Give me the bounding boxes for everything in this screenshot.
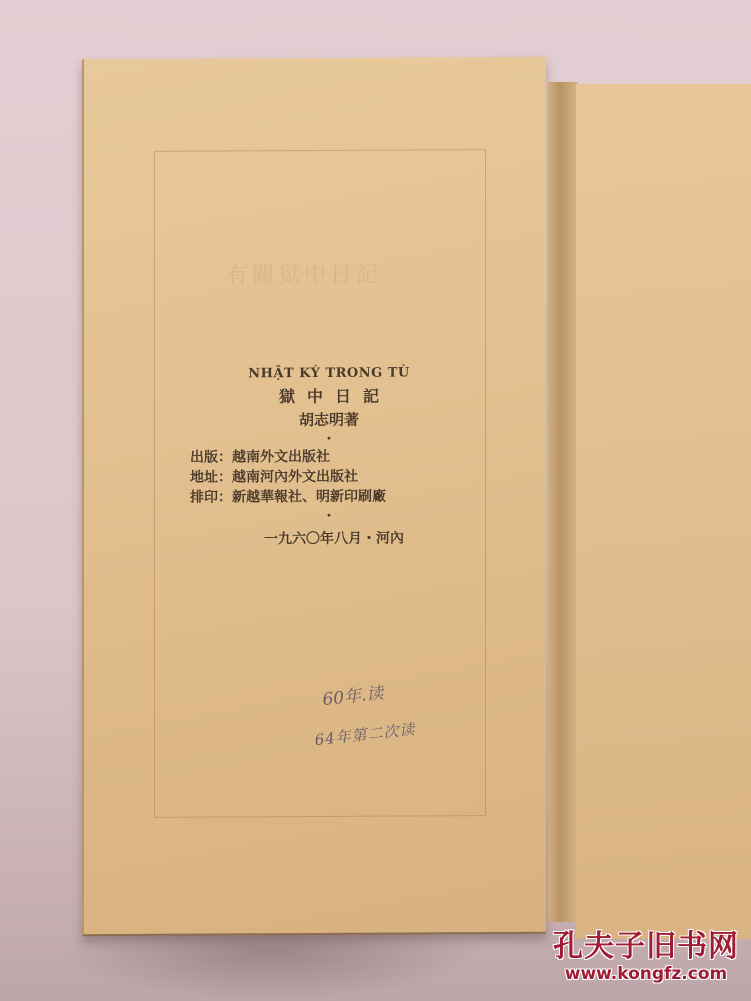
title-chinese: 獄中日記: [194, 383, 464, 407]
imprint-value: 越南外文出版社: [232, 449, 330, 466]
watermark-url: www.kongfz.com: [553, 964, 739, 984]
imprint-value: 新越華報社、明新印刷廠: [232, 489, 386, 506]
site-watermark: 孔夫子旧书网 www.kongfz.com: [553, 930, 739, 984]
imprint-row-address: 地址：越南河內外文出版社: [190, 466, 464, 487]
imprint-value: 越南河內外文出版社: [232, 469, 358, 486]
show-through-text: 有關獄中日記: [184, 257, 424, 289]
separator-dot: •: [194, 433, 464, 445]
table-shadow: [60, 930, 480, 1001]
separator-dot: •: [194, 510, 464, 522]
imprint-label: 地址：: [190, 467, 232, 487]
watermark-name: 孔夫子旧书网: [553, 930, 739, 964]
imprint-label: 出版：: [190, 447, 232, 467]
left-page: 有關獄中日記 NHẬT KÝ TRONG TÙ 獄中日記 胡志明著 • 出版：越…: [82, 57, 546, 936]
imprint-block: NHẬT KÝ TRONG TÙ 獄中日記 胡志明著 • 出版：越南外文出版社 …: [194, 365, 464, 548]
title-vietnamese: NHẬT KÝ TRONG TÙ: [194, 365, 464, 381]
imprint-row-publisher: 出版：越南外文出版社: [190, 446, 464, 467]
right-page: [576, 84, 751, 939]
author-line: 胡志明著: [194, 408, 464, 430]
book-spine: [548, 82, 578, 922]
imprint-row-printer: 排印：新越華報社、明新印刷廠: [190, 486, 464, 507]
imprint-label: 排印：: [190, 487, 232, 507]
date-place-line: 一九六〇年八月・河內: [194, 527, 464, 548]
